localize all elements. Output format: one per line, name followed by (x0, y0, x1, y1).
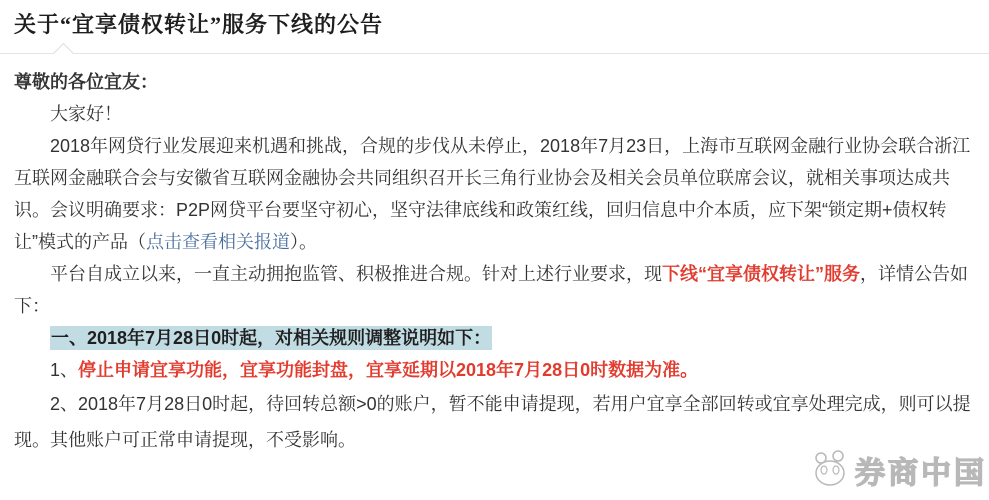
page-title: 关于“宜享债权转让”服务下线的公告 (0, 0, 989, 39)
announcement-page: 关于“宜享债权转让”服务下线的公告 尊敬的各位宜友： 大家好！ 2018年网贷行… (0, 0, 989, 500)
paragraph-service-offline: 平台自成立以来，一直主动拥抱监管、积极推进合规。针对上述行业要求，现下线“宜享债… (14, 258, 975, 322)
announcement-body: 尊敬的各位宜友： 大家好！ 2018年网贷行业发展迎来机遇和挑战，合规的步伐从未… (0, 54, 989, 458)
paragraph-industry-background: 2018年网贷行业发展迎来机遇和挑战，合规的步伐从未停止，2018年7月23日，… (14, 130, 975, 258)
paragraph-text: 平台自成立以来，一直主动拥抱监管、积极推进合规。针对上述行业要求，现 (50, 264, 662, 284)
section-1-heading-highlight: 一、2018年7月28日0时起，对相关规则调整说明如下： (50, 326, 492, 350)
offline-service-emphasis: 下线“宜享债权转让”服务 (662, 264, 860, 284)
rule-item-1-number: 1、 (50, 360, 78, 380)
section-1-heading: 一、2018年7月28日0时起，对相关规则调整说明如下： (14, 322, 975, 354)
paragraph-text: ）。 (290, 232, 317, 252)
rule-item-2: 2、2018年7月28日0时起，待回转总额>0的账户，暂不能申请提现，若用户宜享… (14, 386, 975, 458)
greeting: 大家好！ (14, 98, 975, 130)
title-divider (0, 53, 989, 54)
rule-item-1: 1、停止申请宜享功能，宜享功能封盘，宜享延期以2018年7月28日0时数据为准。 (14, 354, 975, 386)
related-report-link[interactable]: 点击查看相关报道 (146, 232, 290, 252)
rule-item-1-emphasis: 停止申请宜享功能，宜享功能封盘，宜享延期以2018年7月28日0时数据为准。 (78, 360, 698, 380)
salutation: 尊敬的各位宜友： (14, 66, 975, 98)
